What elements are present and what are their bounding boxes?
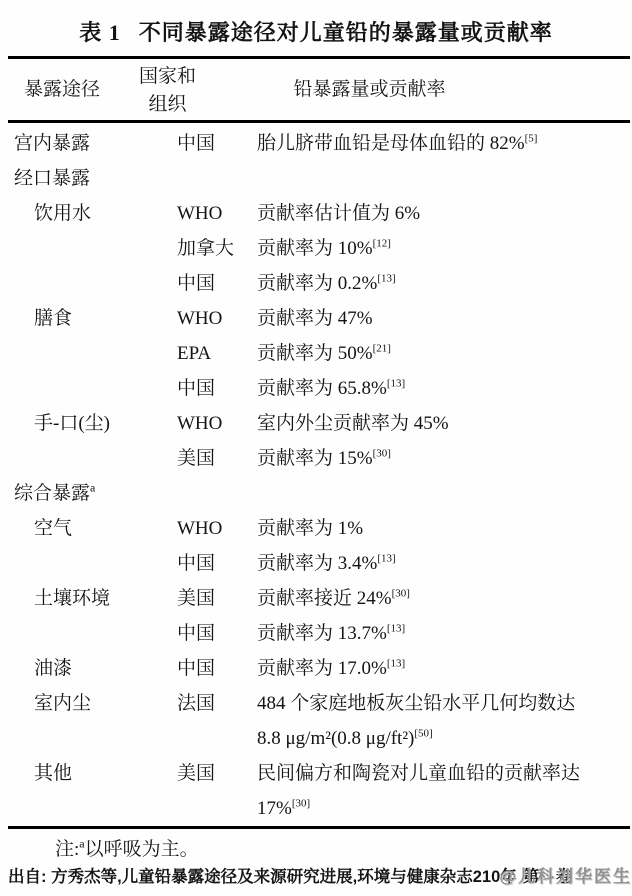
footnote-label: 注: — [55, 839, 79, 860]
value-text: 484 个家庭地板灰尘铅水平几何均数达 — [257, 693, 575, 714]
org-label: 美国 — [177, 448, 215, 469]
org-label: WHO — [177, 518, 222, 539]
pathway-label: 宫内暴露 — [14, 133, 90, 154]
pathway-cell: 油漆 — [0, 651, 165, 686]
org-label: 美国 — [177, 763, 215, 784]
org-label: WHO — [177, 203, 222, 224]
pathway-label: 其他 — [34, 763, 72, 784]
table-row: 膳食WHO贡献率为 47% — [0, 301, 632, 336]
pathway-cell: 饮用水 — [0, 196, 165, 231]
value-text: 贡献率为 50% — [257, 343, 373, 364]
value-line: 贡献率为 13.7%[13] — [257, 616, 632, 651]
value-line: 17%[30] — [257, 791, 632, 826]
pathway-label: 油漆 — [34, 658, 72, 679]
value-line: 贡献率为 10%[12] — [257, 231, 632, 266]
org-label: 法国 — [177, 693, 215, 714]
header-org: 国家和 组织 — [120, 63, 215, 119]
pathway-cell: 土壤环境 — [0, 581, 165, 616]
org-cell: 中国 — [165, 546, 257, 581]
table-top-rule — [8, 56, 630, 59]
table-row: 综合暴露a — [0, 476, 632, 511]
value-text: 8.8 μg/m²(0.8 μg/ft²) — [257, 728, 414, 749]
value-line: 8.8 μg/m²(0.8 μg/ft²)[50] — [257, 721, 632, 756]
table-row: 中国贡献率为 13.7%[13] — [0, 616, 632, 651]
org-cell: 中国 — [165, 371, 257, 406]
value-cell: 贡献率为 13.7%[13] — [257, 616, 632, 651]
value-text: 贡献率为 0.2% — [257, 273, 377, 294]
citation-text: 出自: 方秀杰等,儿童铅暴露途径及来源研究进展,环境与健康杂志210 — [8, 868, 500, 886]
value-line: 贡献率为 1% — [257, 511, 632, 546]
value-cell: 室内外尘贡献率为 45% — [257, 406, 632, 441]
reference-superscript: [13] — [377, 553, 395, 565]
org-cell: 加拿大 — [165, 231, 257, 266]
org-label: WHO — [177, 413, 222, 434]
value-text: 贡献率为 13.7% — [257, 623, 387, 644]
value-line: 贡献率为 65.8%[13] — [257, 371, 632, 406]
pathway-label: 土壤环境 — [34, 588, 110, 609]
table-header-rule — [8, 120, 630, 123]
org-cell: 美国 — [165, 756, 257, 791]
pathway-cell: 室内尘 — [0, 686, 165, 721]
header-pathway: 暴露途径 — [24, 60, 100, 120]
value-text: 胎儿脐带血铅是母体血铅的 82% — [257, 133, 525, 154]
value-cell: 贡献率为 1% — [257, 511, 632, 546]
table-row: 空气WHO贡献率为 1% — [0, 511, 632, 546]
pathway-label: 室内尘 — [34, 693, 91, 714]
reference-superscript: [50] — [414, 728, 432, 740]
table-row: 中国贡献率为 3.4%[13] — [0, 546, 632, 581]
value-cell: 贡献率为 47% — [257, 301, 632, 336]
org-label: 加拿大 — [177, 238, 234, 259]
value-line: 贡献率为 3.4%[13] — [257, 546, 632, 581]
table-title: 表 1不同暴露途径对儿童铅的暴露量或贡献率 — [0, 16, 632, 47]
watermark-text: @儿科刘华医生 — [499, 865, 632, 889]
pathway-cell: 其他 — [0, 756, 165, 791]
value-text: 贡献率为 47% — [257, 308, 373, 329]
table-row: 经口暴露 — [0, 161, 632, 196]
table-row: 饮用水WHO贡献率估计值为 6% — [0, 196, 632, 231]
pathway-cell: 宫内暴露 — [0, 126, 165, 161]
table-row: 室内尘法国484 个家庭地板灰尘铅水平几何均数达8.8 μg/m²(0.8 μg… — [0, 686, 632, 756]
org-cell: 美国 — [165, 441, 257, 476]
value-text: 民间偏方和陶瓷对儿童血铅的贡献率达 — [257, 763, 580, 784]
value-text: 贡献率接近 24% — [257, 588, 392, 609]
table-body: 宫内暴露中国胎儿脐带血铅是母体血铅的 82%[5]经口暴露饮用水WHO贡献率估计… — [0, 126, 632, 826]
org-cell: 中国 — [165, 126, 257, 161]
table-row: 中国贡献率为 0.2%[13] — [0, 266, 632, 301]
org-cell: 中国 — [165, 266, 257, 301]
pathway-cell: 空气 — [0, 511, 165, 546]
table-header-row: 暴露途径 国家和 组织 铅暴露量或贡献率 — [0, 60, 632, 120]
value-text: 贡献率为 65.8% — [257, 378, 387, 399]
value-text: 室内外尘贡献率为 45% — [257, 413, 449, 434]
org-label: 中国 — [177, 378, 215, 399]
value-cell: 贡献率为 10%[12] — [257, 231, 632, 266]
table-row: EPA贡献率为 50%[21] — [0, 336, 632, 371]
document-page: 表 1不同暴露途径对儿童铅的暴露量或贡献率 暴露途径 国家和 组织 铅暴露量或贡… — [0, 0, 632, 896]
pathway-label: 手-口(尘) — [34, 413, 110, 434]
reference-superscript: [21] — [373, 343, 391, 355]
pathway-cell: 综合暴露a — [0, 476, 165, 511]
value-line: 贡献率为 50%[21] — [257, 336, 632, 371]
value-cell: 胎儿脐带血铅是母体血铅的 82%[5] — [257, 126, 632, 161]
value-text: 贡献率为 3.4% — [257, 553, 377, 574]
value-line: 民间偏方和陶瓷对儿童血铅的贡献率达 — [257, 756, 632, 791]
header-org-line1: 国家和 — [120, 63, 215, 91]
org-cell: 中国 — [165, 616, 257, 651]
org-cell: WHO — [165, 301, 257, 336]
reference-superscript: [13] — [377, 273, 395, 285]
org-label: 中国 — [177, 273, 215, 294]
reference-superscript: [30] — [292, 798, 310, 810]
value-line: 贡献率接近 24%[30] — [257, 581, 632, 616]
value-cell: 贡献率为 50%[21] — [257, 336, 632, 371]
value-line: 室内外尘贡献率为 45% — [257, 406, 632, 441]
table-row: 油漆中国贡献率为 17.0%[13] — [0, 651, 632, 686]
value-text: 贡献率估计值为 6% — [257, 203, 420, 224]
reference-superscript: [30] — [392, 588, 410, 600]
value-text: 贡献率为 10% — [257, 238, 373, 259]
value-line: 贡献率为 0.2%[13] — [257, 266, 632, 301]
reference-superscript: [5] — [525, 133, 538, 145]
pathway-cell: 经口暴露 — [0, 161, 165, 196]
org-label: 中国 — [177, 553, 215, 574]
value-cell: 民间偏方和陶瓷对儿童血铅的贡献率达17%[30] — [257, 756, 632, 826]
value-cell: 贡献率为 15%[30] — [257, 441, 632, 476]
reference-superscript: [12] — [373, 238, 391, 250]
org-label: 美国 — [177, 588, 215, 609]
value-line: 贡献率为 17.0%[13] — [257, 651, 632, 686]
table-row: 宫内暴露中国胎儿脐带血铅是母体血铅的 82%[5] — [0, 126, 632, 161]
table-footnote: 注:a以呼吸为主。 — [55, 838, 199, 862]
table-row: 中国贡献率为 65.8%[13] — [0, 371, 632, 406]
pathway-cell: 手-口(尘) — [0, 406, 165, 441]
table-number: 表 1 — [79, 20, 121, 45]
table-title-text: 不同暴露途径对儿童铅的暴露量或贡献率 — [139, 20, 553, 45]
org-cell: WHO — [165, 196, 257, 231]
org-cell: WHO — [165, 511, 257, 546]
reference-superscript: [13] — [387, 378, 405, 390]
reference-superscript: [30] — [373, 448, 391, 460]
org-cell: 中国 — [165, 651, 257, 686]
pathway-cell: 膳食 — [0, 301, 165, 336]
table-row: 其他美国民间偏方和陶瓷对儿童血铅的贡献率达17%[30] — [0, 756, 632, 826]
org-cell: WHO — [165, 406, 257, 441]
value-text: 贡献率为 17.0% — [257, 658, 387, 679]
value-line: 贡献率为 15%[30] — [257, 441, 632, 476]
org-label: 中国 — [177, 658, 215, 679]
header-org-line2: 组织 — [120, 91, 215, 119]
reference-superscript: [13] — [387, 658, 405, 670]
value-cell: 贡献率为 0.2%[13] — [257, 266, 632, 301]
source-citation: 出自: 方秀杰等,儿童铅暴露途径及来源研究进展,环境与健康杂志210年第 卷 @… — [8, 865, 632, 889]
reference-superscript: [13] — [387, 623, 405, 635]
org-label: 中国 — [177, 623, 215, 644]
org-label: EPA — [177, 343, 211, 364]
footnote-text: 以呼吸为主。 — [85, 839, 199, 860]
table-bottom-rule — [8, 826, 630, 829]
org-cell: EPA — [165, 336, 257, 371]
pathway-label: 饮用水 — [34, 203, 91, 224]
pathway-label: 经口暴露 — [14, 168, 90, 189]
pathway-label: 膳食 — [34, 308, 72, 329]
pathway-superscript: a — [90, 481, 95, 495]
value-line: 484 个家庭地板灰尘铅水平几何均数达 — [257, 686, 632, 721]
org-label: WHO — [177, 308, 222, 329]
value-cell: 贡献率为 17.0%[13] — [257, 651, 632, 686]
value-cell: 贡献率为 3.4%[13] — [257, 546, 632, 581]
table-row: 加拿大贡献率为 10%[12] — [0, 231, 632, 266]
value-cell: 484 个家庭地板灰尘铅水平几何均数达8.8 μg/m²(0.8 μg/ft²)… — [257, 686, 632, 756]
org-label: 中国 — [177, 133, 215, 154]
table-row: 美国贡献率为 15%[30] — [0, 441, 632, 476]
value-line: 胎儿脐带血铅是母体血铅的 82%[5] — [257, 126, 632, 161]
org-cell: 法国 — [165, 686, 257, 721]
value-cell: 贡献率接近 24%[30] — [257, 581, 632, 616]
pathway-label: 综合暴露 — [14, 483, 90, 504]
value-text: 17% — [257, 798, 292, 819]
pathway-label: 空气 — [34, 518, 72, 539]
value-text: 贡献率为 1% — [257, 518, 363, 539]
table-row: 手-口(尘)WHO室内外尘贡献率为 45% — [0, 406, 632, 441]
value-line: 贡献率估计值为 6% — [257, 196, 632, 231]
value-cell: 贡献率估计值为 6% — [257, 196, 632, 231]
value-line: 贡献率为 47% — [257, 301, 632, 336]
header-value: 铅暴露量或贡献率 — [252, 60, 487, 120]
table-row: 土壤环境美国贡献率接近 24%[30] — [0, 581, 632, 616]
value-cell: 贡献率为 65.8%[13] — [257, 371, 632, 406]
org-cell: 美国 — [165, 581, 257, 616]
value-text: 贡献率为 15% — [257, 448, 373, 469]
